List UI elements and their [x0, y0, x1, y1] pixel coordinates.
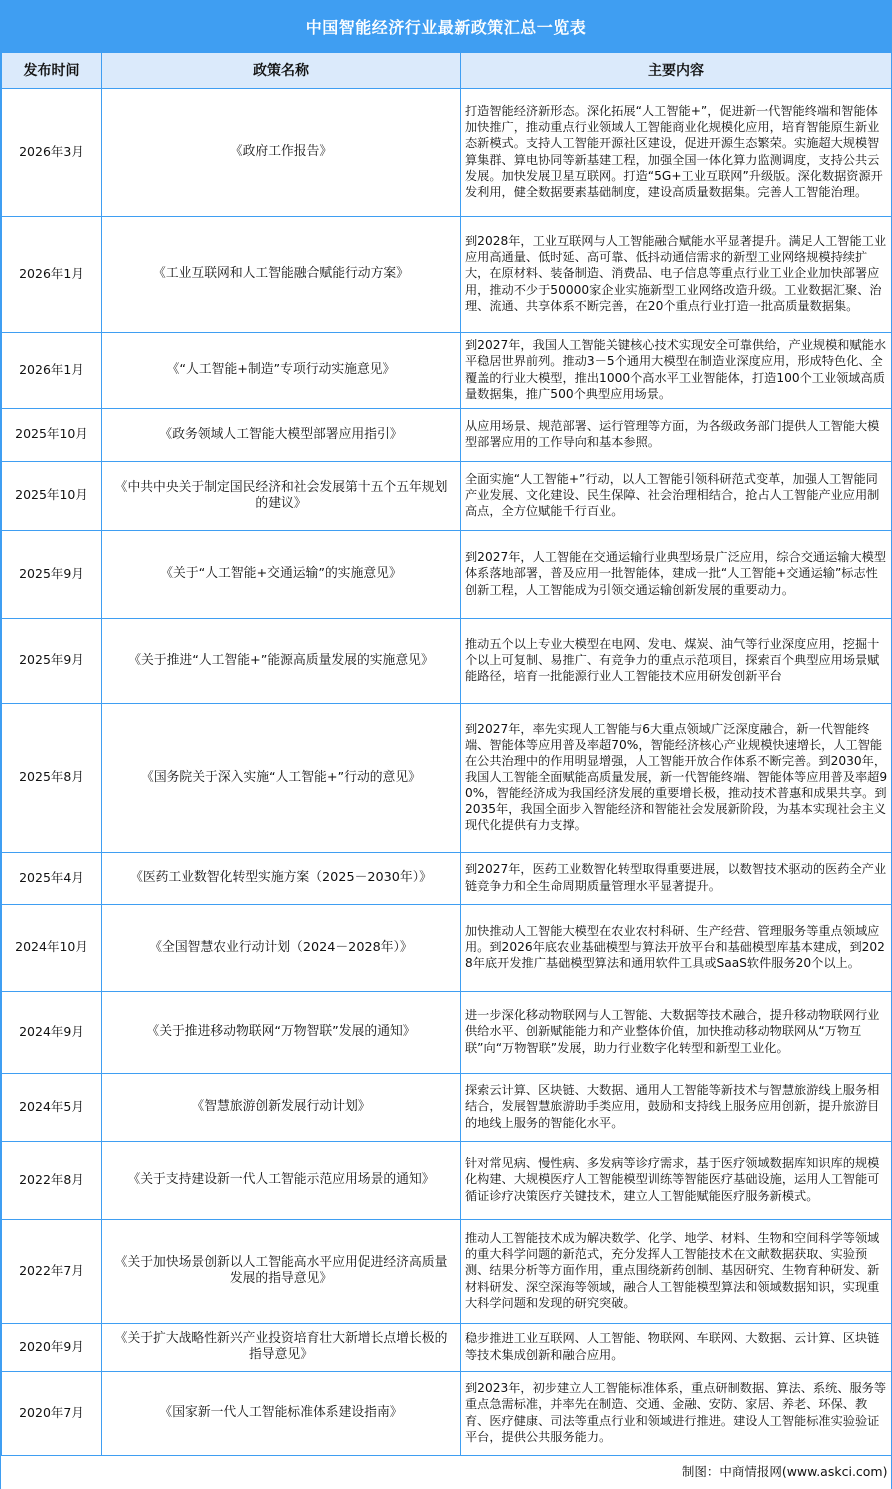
policy-content: 加快推动人工智能大模型在农业农村科研、生产经营、管理服务等重点领域应用。到202… [461, 904, 892, 991]
column-header-name: 政策名称 [102, 53, 461, 88]
table-row: 2025年10月《中共中央关于制定国民经济和社会发展第十五个五年规划的建议》全面… [2, 461, 892, 530]
policy-name: 《国家新一代人工智能标准体系建设指南》 [102, 1371, 461, 1455]
policy-name: 《关于推进“人工智能+”能源高质量发展的实施意见》 [102, 618, 461, 703]
policy-date: 2025年4月 [2, 852, 102, 904]
policy-table: 发布时间 政策名称 主要内容 2026年3月《政府工作报告》打造智能经济新形态。… [1, 53, 892, 1489]
table-row: 2024年9月《关于推进移动物联网“万物智联”发展的通知》进一步深化移动物联网与… [2, 991, 892, 1073]
table-row: 2020年9月《关于扩大战略性新兴产业投资培育壮大新增长点增长极的指导意见》稳步… [2, 1323, 892, 1371]
policy-name: 《关于扩大战略性新兴产业投资培育壮大新增长点增长极的指导意见》 [102, 1323, 461, 1371]
source-credit: 制图：中商情报网(www.askci.com) [2, 1455, 892, 1489]
table-row: 2024年10月《全国智慧农业行动计划（2024－2028年）》加快推动人工智能… [2, 904, 892, 991]
policy-name: 《全国智慧农业行动计划（2024－2028年）》 [102, 904, 461, 991]
policy-date: 2024年10月 [2, 904, 102, 991]
policy-name: 《智慧旅游创新发展行动计划》 [102, 1073, 461, 1141]
policy-content: 推动人工智能技术成为解决数学、化学、地学、材料、生物和空间科学等领域的重大科学问… [461, 1219, 892, 1323]
policy-content: 到2027年，率先实现人工智能与6大重点领域广泛深度融合，新一代智能终端、智能体… [461, 703, 892, 852]
policy-name: 《关于加快场景创新以人工智能高水平应用促进经济高质量发展的指导意见》 [102, 1219, 461, 1323]
policy-content: 到2023年，初步建立人工智能标准体系，重点研制数据、算法、系统、服务等重点急需… [461, 1371, 892, 1455]
policy-date: 2024年5月 [2, 1073, 102, 1141]
policy-content: 到2027年，人工智能在交通运输行业典型场景广泛应用，综合交通运输大模型体系落地… [461, 530, 892, 618]
policy-content: 到2028年，工业互联网与人工智能融合赋能水平显著提升。满足人工智能工业应用高通… [461, 216, 892, 332]
page-title: 中国智能经济行业最新政策汇总一览表 [1, 0, 891, 53]
table-row: 2026年1月《“人工智能+制造”专项行动实施意见》到2027年，我国人工智能关… [2, 332, 892, 408]
policy-content: 推动五个以上专业大模型在电网、发电、煤炭、油气等行业深度应用，挖掘十个以上可复制… [461, 618, 892, 703]
policy-name: 《关于“人工智能+交通运输”的实施意见》 [102, 530, 461, 618]
column-header-row: 发布时间 政策名称 主要内容 [2, 53, 892, 88]
policy-content: 从应用场景、规范部署、运行管理等方面，为各级政务部门提供人工智能大模型部署应用的… [461, 408, 892, 461]
table-row: 2025年9月《关于“人工智能+交通运输”的实施意见》到2027年，人工智能在交… [2, 530, 892, 618]
policy-name: 《关于推进移动物联网“万物智联”发展的通知》 [102, 991, 461, 1073]
policy-date: 2022年7月 [2, 1219, 102, 1323]
policy-name: 《医药工业数智化转型实施方案（2025－2030年）》 [102, 852, 461, 904]
policy-name: 《“人工智能+制造”专项行动实施意见》 [102, 332, 461, 408]
table-row: 2026年3月《政府工作报告》打造智能经济新形态。深化拓展“人工智能+”，促进新… [2, 88, 892, 216]
policy-name: 《国务院关于深入实施“人工智能+”行动的意见》 [102, 703, 461, 852]
table-row: 2026年1月《工业互联网和人工智能融合赋能行动方案》到2028年，工业互联网与… [2, 216, 892, 332]
policy-content: 全面实施“人工智能+”行动，以人工智能引领科研范式变革，加强人工智能同产业发展、… [461, 461, 892, 530]
policy-date: 2026年1月 [2, 216, 102, 332]
policy-content: 到2027年，医药工业数智化转型取得重要进展，以数智技术驱动的医药全产业链竞争力… [461, 852, 892, 904]
policy-date: 2022年8月 [2, 1141, 102, 1219]
policy-content: 稳步推进工业互联网、人工智能、物联网、车联网、大数据、云计算、区块链等技术集成创… [461, 1323, 892, 1371]
policy-date: 2025年9月 [2, 618, 102, 703]
policy-name: 《中共中央关于制定国民经济和社会发展第十五个五年规划的建议》 [102, 461, 461, 530]
table-row: 2020年7月《国家新一代人工智能标准体系建设指南》到2023年，初步建立人工智… [2, 1371, 892, 1455]
policy-content: 打造智能经济新形态。深化拓展“人工智能+”，促进新一代智能终端和智能体加快推广，… [461, 88, 892, 216]
policy-content: 探索云计算、区块链、大数据、通用人工智能等新技术与智慧旅游线上服务相结合，发展智… [461, 1073, 892, 1141]
table-row: 2025年9月《关于推进“人工智能+”能源高质量发展的实施意见》推动五个以上专业… [2, 618, 892, 703]
table-row: 2025年10月《政务领域人工智能大模型部署应用指引》从应用场景、规范部署、运行… [2, 408, 892, 461]
policy-date: 2026年1月 [2, 332, 102, 408]
policy-date: 2025年10月 [2, 408, 102, 461]
policy-name: 《关于支持建设新一代人工智能示范应用场景的通知》 [102, 1141, 461, 1219]
policy-content: 进一步深化移动物联网与人工智能、大数据等技术融合，提升移动物联网行业供给水平、创… [461, 991, 892, 1073]
policy-date: 2025年10月 [2, 461, 102, 530]
policy-name: 《政务领域人工智能大模型部署应用指引》 [102, 408, 461, 461]
policy-date: 2024年9月 [2, 991, 102, 1073]
policy-date: 2025年8月 [2, 703, 102, 852]
policy-date: 2025年9月 [2, 530, 102, 618]
table-row: 2024年5月《智慧旅游创新发展行动计划》探索云计算、区块链、大数据、通用人工智… [2, 1073, 892, 1141]
footer-row: 制图：中商情报网(www.askci.com) [2, 1455, 892, 1489]
policy-date: 2026年3月 [2, 88, 102, 216]
table-row: 2025年8月《国务院关于深入实施“人工智能+”行动的意见》到2027年，率先实… [2, 703, 892, 852]
policy-date: 2020年9月 [2, 1323, 102, 1371]
policy-table-page: 中国智能经济行业最新政策汇总一览表 发布时间 政策名称 主要内容 2026年3月… [0, 0, 892, 1489]
table-row: 2022年8月《关于支持建设新一代人工智能示范应用场景的通知》针对常见病、慢性病… [2, 1141, 892, 1219]
table-row: 2022年7月《关于加快场景创新以人工智能高水平应用促进经济高质量发展的指导意见… [2, 1219, 892, 1323]
policy-content: 针对常见病、慢性病、多发病等诊疗需求，基于医疗领域数据库知识库的规模化构建、大规… [461, 1141, 892, 1219]
policy-name: 《工业互联网和人工智能融合赋能行动方案》 [102, 216, 461, 332]
policy-content: 到2027年，我国人工智能关键核心技术实现安全可靠供给，产业规模和赋能水平稳居世… [461, 332, 892, 408]
column-header-date: 发布时间 [2, 53, 102, 88]
policy-date: 2020年7月 [2, 1371, 102, 1455]
column-header-content: 主要内容 [461, 53, 892, 88]
table-row: 2025年4月《医药工业数智化转型实施方案（2025－2030年）》到2027年… [2, 852, 892, 904]
policy-name: 《政府工作报告》 [102, 88, 461, 216]
